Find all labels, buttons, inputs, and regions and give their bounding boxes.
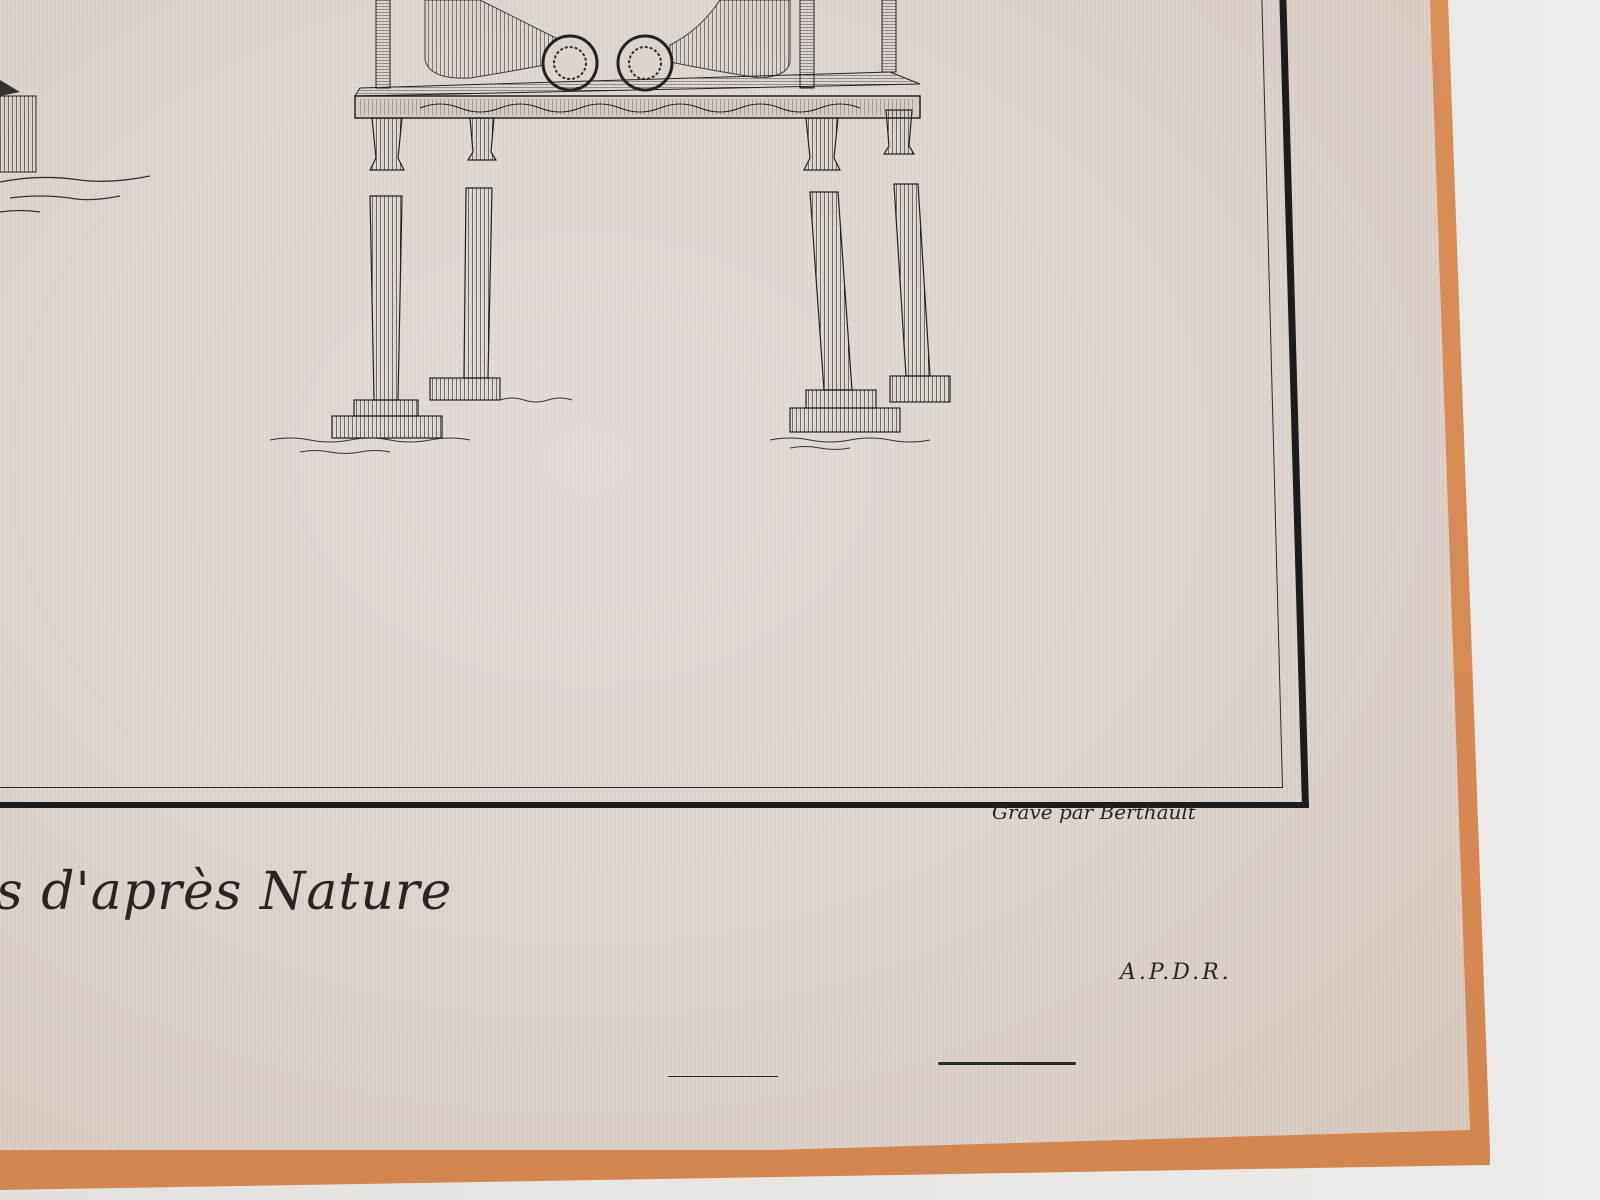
- table-columns: [332, 110, 950, 438]
- engraver-credit: Gravé par Berthault: [992, 800, 1196, 824]
- left-pedestal-fragment: [0, 80, 150, 212]
- ink-stroke-mark: [668, 1076, 778, 1077]
- engraved-table-illustration: [0, 0, 1600, 1200]
- plate-title-inscription: s d'après Nature: [0, 862, 452, 922]
- privilege-mark: A.P.D.R.: [1120, 960, 1232, 985]
- ink-stroke-mark: [938, 1062, 1076, 1065]
